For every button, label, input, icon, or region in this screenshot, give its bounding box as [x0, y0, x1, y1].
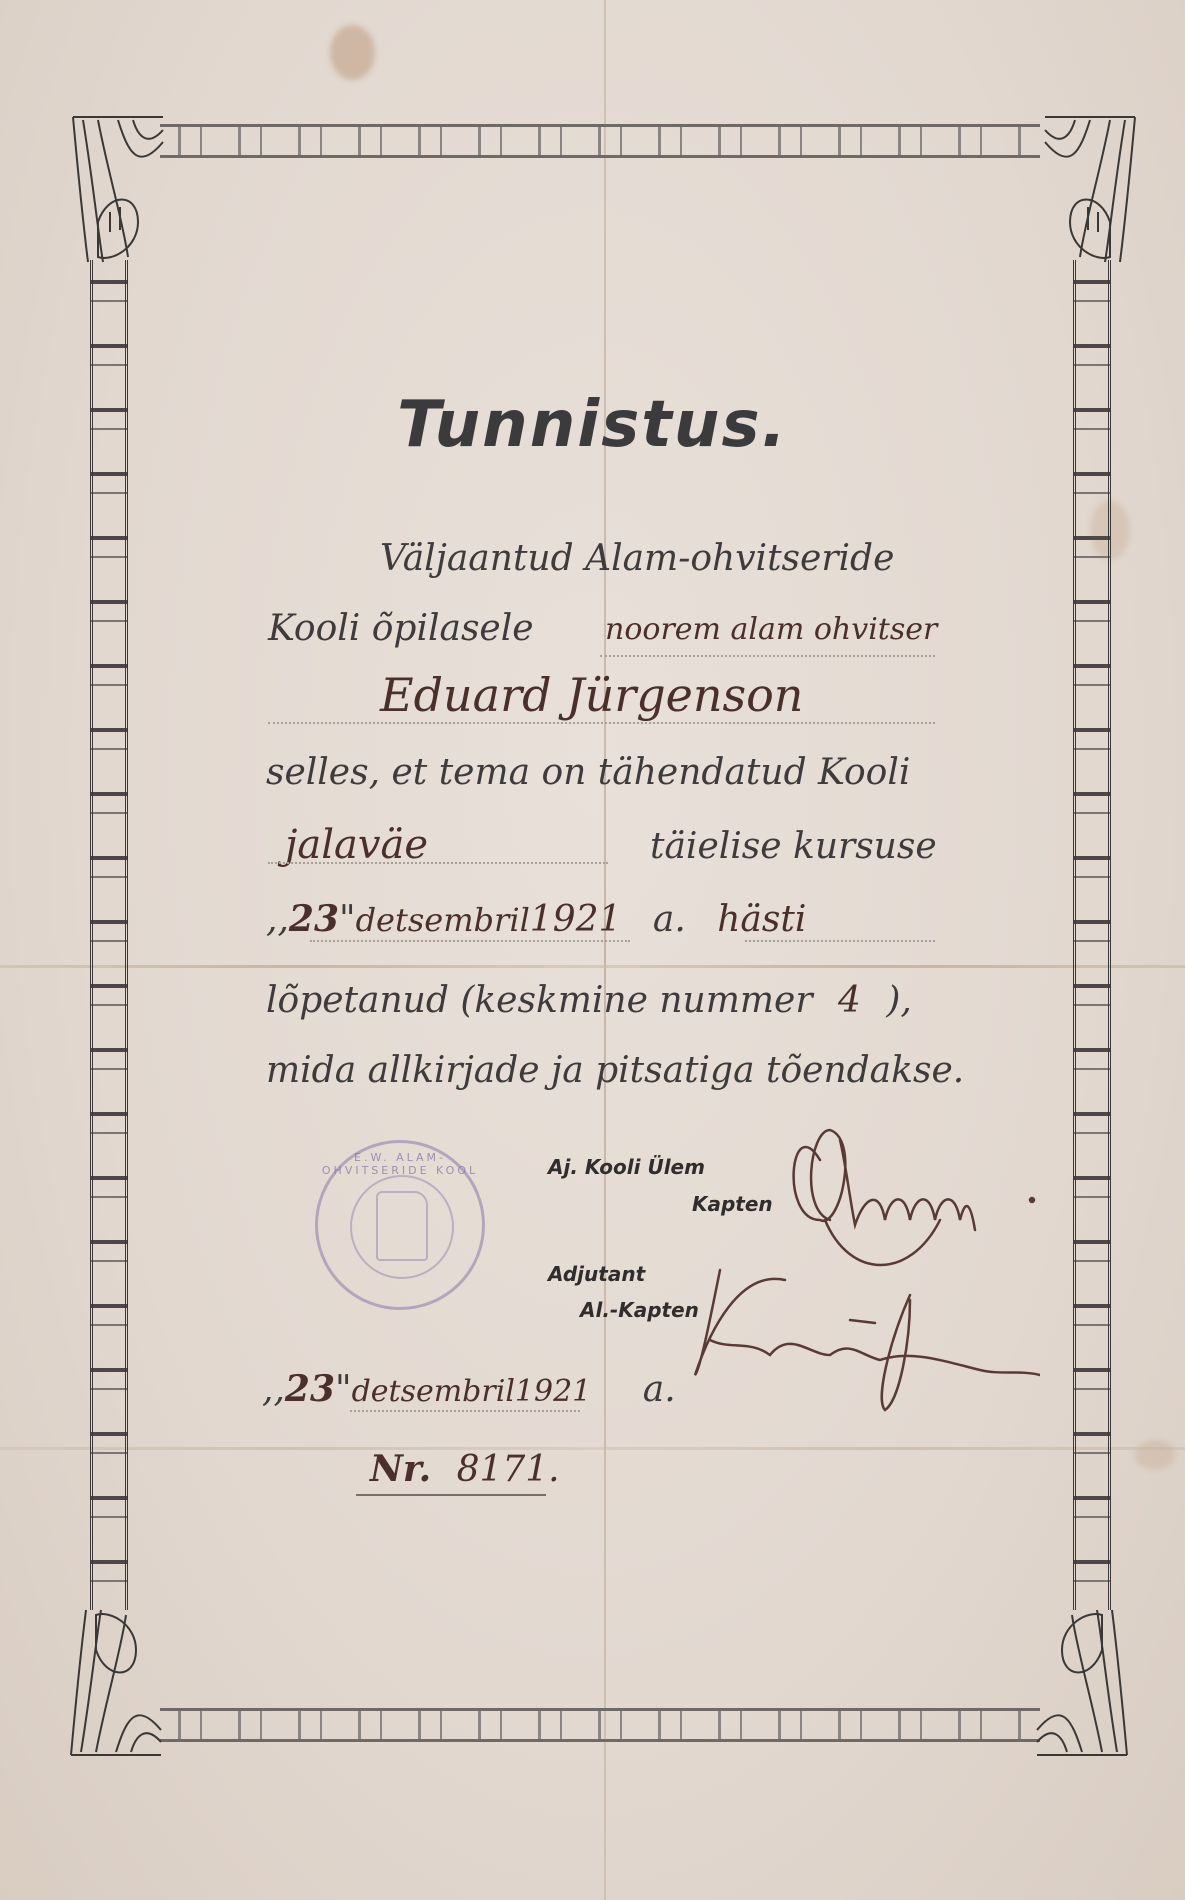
grade-handwritten: hästi [717, 899, 806, 940]
document-number: Nr. 8171. [370, 1448, 560, 1490]
ornamental-border-bottom [160, 1708, 1040, 1742]
text-line-5: täielise kursuse [650, 826, 937, 867]
ornamental-border-left [90, 260, 128, 1610]
ornamental-border-right [1073, 260, 1111, 1610]
adjutant-signature-icon [680, 1260, 1040, 1420]
number-value: 8171. [457, 1449, 560, 1490]
fill-line [745, 940, 935, 942]
printed-text: selles, et tema on tähendatud Kooli [266, 752, 910, 793]
printed-text: Kooli õpilasele [268, 608, 534, 649]
acanthus-corner-icon [66, 1600, 166, 1760]
seal-text: E.W. ALAM-OHVITSERIDE KOOL [318, 1151, 482, 1177]
fill-line [350, 1410, 580, 1412]
adjutant-title: Adjutant [548, 1262, 645, 1286]
stain [1135, 1440, 1175, 1470]
paper-fold-horizontal [0, 965, 1185, 968]
commander-rank: Kapten [692, 1192, 773, 1216]
printed-text: Väljaantud Alam-ohvitseride [380, 538, 894, 579]
average-grade: 4 [838, 980, 861, 1021]
printed-text: lõpetanud (keskmine nummer [266, 980, 813, 1021]
text-line-1: Väljaantud Alam-ohvitseride [380, 538, 894, 579]
issue-day: 23 [285, 1368, 335, 1410]
printed-text: täielise kursuse [650, 826, 937, 867]
acanthus-corner-icon [68, 112, 168, 272]
number-underline [356, 1494, 546, 1496]
fill-line [268, 722, 935, 724]
quote-mark: ,, [266, 899, 289, 940]
fill-line [600, 655, 935, 657]
fill-line [268, 862, 608, 864]
text-line-2: Kooli õpilasele [268, 608, 534, 649]
acanthus-corner-icon [1040, 112, 1140, 272]
issue-month: detsembril [352, 1374, 515, 1409]
fill-line [310, 940, 630, 942]
text-line-8: mida allkirjade ja pitsatiga tõendakse. [266, 1050, 964, 1091]
paper-fold-vertical [604, 0, 606, 1900]
printed-text: mida allkirjade ja pitsatiga tõendakse. [266, 1050, 964, 1091]
document-title: Tunnistus. [0, 388, 1185, 462]
quote-mark: " [339, 899, 356, 940]
year-abbrev: a. [643, 1369, 676, 1410]
issue-year: 1921 [515, 1374, 591, 1409]
day-handwritten: 23 [289, 898, 339, 940]
ornamental-border-top [160, 124, 1040, 158]
text-line-7: lõpetanud (keskmine nummer 4 ), [266, 980, 912, 1021]
issue-date: ,,23"detsembril1921 a. [262, 1368, 676, 1410]
rank-handwritten: noorem alam ohvitser [605, 612, 937, 647]
text-line-4: selles, et tema on tähendatud Kooli [266, 752, 910, 793]
official-seal: E.W. ALAM-OHVITSERIDE KOOL [315, 1140, 485, 1310]
year-abbrev: a. [653, 899, 686, 940]
year: 1921 [530, 899, 622, 940]
month-handwritten: detsembril [356, 901, 530, 939]
stain [330, 25, 375, 80]
seal-emblem-icon [376, 1191, 428, 1261]
acanthus-corner-icon [1032, 1600, 1132, 1760]
printed-text: ), [886, 980, 912, 1021]
number-label: Nr. [370, 1448, 431, 1490]
commander-title: Aj. Kooli Ülem [548, 1155, 705, 1179]
quote-mark: ,, [262, 1369, 285, 1410]
text-line-6: ,,23"detsembril1921 a. hästi [266, 898, 806, 940]
paper-fold-horizontal [0, 1447, 1185, 1450]
student-name: Eduard Jürgenson [380, 668, 803, 722]
